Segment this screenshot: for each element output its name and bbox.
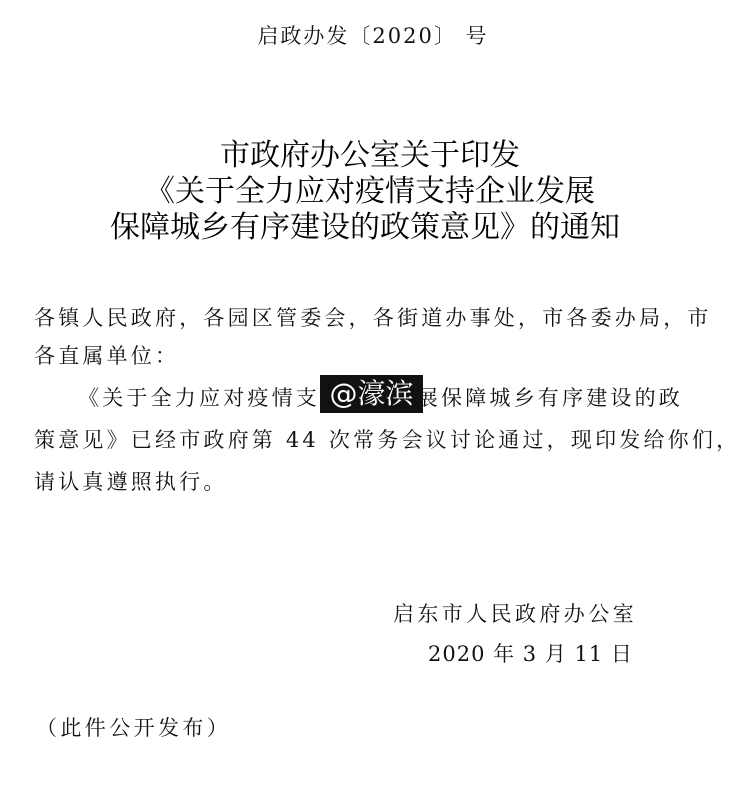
publication-note: （此件公开发布） (36, 712, 231, 742)
addressee-line-2: 各直属单位： (34, 340, 179, 370)
issue-date: 2020 年 3 月 11 日 (428, 638, 633, 668)
title-line-3: 保障城乡有序建设的政策意见》的通知 (0, 210, 740, 246)
title-line-2: 《关于全力应对疫情支持企业发展 (0, 174, 740, 210)
issuer-signature: 启东市人民政府办公室 (393, 598, 637, 628)
body-line-2: 策意见》已经市政府第 44 次常务会议讨论通过，现印发给你们， (34, 424, 740, 454)
body-line-3: 请认真遵照执行。 (34, 466, 228, 496)
title-line-1: 市政府办公室关于印发 (0, 138, 740, 174)
document-number: 启政办发〔2020〕 号 (0, 20, 740, 50)
addressee-line-1: 各镇人民政府，各园区管委会，各街道办事处，市各委办局，市 (34, 302, 712, 332)
watermark-overlay: @濠滨 (320, 375, 423, 413)
